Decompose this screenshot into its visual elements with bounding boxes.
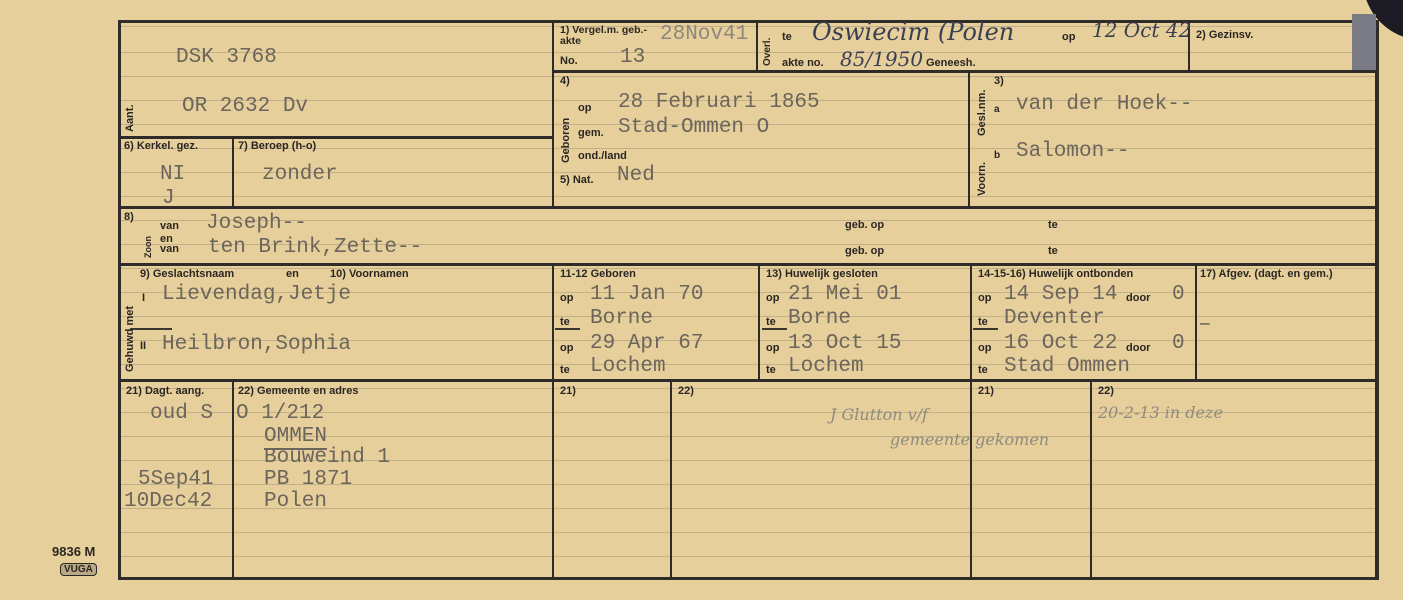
vrule-l: [1090, 379, 1092, 579]
address-line-2: Bouweind 1: [264, 446, 390, 469]
rule-aant: [118, 136, 553, 139]
pencil-note-1-line1: J Glutton v/f: [830, 405, 928, 424]
kerkel-label: 6) Kerkel. gez.: [124, 140, 198, 152]
vergel-value: 28Nov41: [660, 23, 748, 46]
address-date-4: 10Dec42: [124, 490, 212, 513]
gemeente-label: 22) Gemeente en adres: [238, 385, 358, 397]
vrule-k: [670, 379, 672, 579]
roman-2: II: [140, 340, 146, 352]
aant-label: Aant.: [124, 105, 136, 133]
akte-no-label: akte no.: [782, 57, 824, 69]
geboren-op-value: 28 Februari 1865: [618, 91, 820, 114]
kerkel-value-2: J: [162, 187, 175, 210]
geslnm-value: van der Hoek--: [1016, 93, 1192, 116]
born-op-1: 11 Jan 70: [590, 283, 703, 306]
pencil-note-1-line2: gemeente gekomen: [890, 430, 1049, 449]
born-op-2: 29 Apr 67: [590, 332, 703, 355]
name-num: 3): [994, 75, 1004, 87]
mother-te-label: te: [1048, 245, 1058, 257]
geslnm-a: a: [994, 104, 1000, 115]
mother-value: ten Brink,Zette--: [208, 236, 422, 259]
vrule-e: [232, 136, 234, 208]
en-van-label: en van: [160, 234, 188, 254]
voorn-label: Voorn.: [976, 162, 988, 196]
spouse-name-1: Lievendag,Jetje: [162, 283, 351, 306]
vrule-d: [968, 70, 970, 208]
geboren-label: Geboren: [560, 118, 572, 163]
born-te-label-1: te: [560, 316, 570, 328]
gezinsv-label: 2) Gezinsv.: [1196, 29, 1253, 41]
vrule-f: [552, 263, 554, 579]
rule-row3: [118, 263, 1378, 266]
voorn-value: Salomon--: [1016, 140, 1129, 163]
address-line-3: PB 1871: [264, 468, 352, 491]
father-te-label: te: [1048, 219, 1058, 231]
married-op-1: 21 Mei 01: [788, 283, 901, 306]
left-border: [118, 20, 121, 580]
vergel-label: 1) Vergel.m. geb.-akte: [560, 25, 652, 47]
dagt-label: 21) Dagt. aang.: [126, 385, 204, 397]
overl-op-label: op: [1062, 31, 1075, 43]
overl-te-label: te: [782, 31, 792, 43]
door-value-1: 0: [1172, 283, 1185, 306]
col21-label-a: 21): [560, 385, 576, 397]
address-line-4: Polen: [264, 490, 327, 513]
address-date-0: oud S: [150, 402, 213, 425]
geboren-gem-label: gem.: [578, 127, 604, 139]
door-label-1: door: [1126, 292, 1150, 304]
geboren-gem-value: Stad-Ommen O: [618, 116, 769, 139]
married-te-label-2: te: [766, 364, 776, 376]
born-op-label-2: op: [560, 342, 573, 354]
van-label: van: [160, 220, 179, 232]
zoon-label: Zoon: [143, 236, 153, 258]
geboren-ond-label: ond./land: [578, 150, 627, 162]
header-ontbonden: 14-15-16) Huwelijk ontbonden: [978, 268, 1133, 280]
dissolved-te-label-2: te: [978, 364, 988, 376]
header-geboren: 11-12 Geboren: [560, 268, 636, 280]
beroep-label: 7) Beroep (h-o): [238, 140, 316, 152]
overl-te-value: Oswiecim (Polen: [812, 18, 1014, 46]
dissolved-op-2: 16 Oct 22: [1004, 332, 1117, 355]
born-te-label-2: te: [560, 364, 570, 376]
right-border: [1376, 20, 1379, 580]
dissolved-te-label-1: te: [978, 316, 988, 328]
geboren-op-label: op: [578, 102, 591, 114]
rule-row1: [552, 70, 1377, 73]
vrule-b: [756, 20, 758, 72]
married-te-2: Lochem: [788, 355, 864, 378]
form-code: 9836 M: [52, 544, 95, 559]
born-te-2: Lochem: [590, 355, 666, 378]
married-op-2: 13 Oct 15: [788, 332, 901, 355]
header-afgev: 17) Afgev. (dagt. en gem.): [1200, 268, 1333, 280]
gehuwd-met-label: Gehuwd met: [124, 306, 136, 372]
rule-row2: [118, 206, 1378, 209]
rule-row4: [118, 379, 1378, 382]
no-value: 13: [620, 46, 645, 69]
nat-value: Ned: [617, 164, 655, 187]
dissolved-te-1: Deventer: [1004, 307, 1105, 330]
dissolved-op-label-1: op: [978, 292, 991, 304]
aant-line2: OR 2632 Dv: [182, 95, 308, 118]
afgev-1: —: [1200, 315, 1210, 333]
row-separator: [130, 328, 172, 330]
col22-label-b: 22): [1098, 385, 1114, 397]
overl-label: Overl.: [762, 38, 773, 66]
col21-label-b: 21): [978, 385, 994, 397]
dissolved-te-2: Stad Ommen: [1004, 355, 1130, 378]
pencil-note-2: 20-2-13 in deze: [1098, 403, 1223, 422]
married-op-label-2: op: [766, 342, 779, 354]
vrule-g: [758, 263, 760, 381]
roman-1: I: [142, 292, 145, 304]
geboren-num: 4): [560, 75, 570, 87]
voorn-b: b: [994, 150, 1000, 161]
publisher-logo: VUGA: [60, 563, 97, 576]
vrule-i: [1195, 263, 1197, 381]
address-line-0: O 1/212: [236, 402, 324, 425]
father-value: Joseph--: [206, 212, 307, 235]
geslnm-label: Gesl.nm.: [976, 90, 988, 136]
row-separator: [555, 328, 580, 330]
row-separator: [762, 328, 787, 330]
no-label: No.: [560, 55, 578, 67]
married-op-label-1: op: [766, 292, 779, 304]
door-value-2: 0: [1172, 332, 1185, 355]
header-geslachtsnaam: 9) Geslachtsnaam: [140, 268, 234, 280]
header-voornamen: 10) Voornamen: [330, 268, 409, 280]
aant-line1: DSK 3768: [176, 46, 277, 69]
index-tab-marker: [1352, 14, 1376, 72]
vrule-h: [970, 263, 972, 579]
vrule-a: [552, 20, 554, 208]
col22-label-a: 22): [678, 385, 694, 397]
dissolved-op-1: 14 Sep 14: [1004, 283, 1117, 306]
born-te-1: Borne: [590, 307, 653, 330]
vrule-j: [232, 379, 234, 579]
header-en: en: [286, 268, 299, 280]
overl-op-value: 12 Oct 42: [1092, 18, 1191, 42]
row-separator: [973, 328, 998, 330]
door-label-2: door: [1126, 342, 1150, 354]
geneesh-label: Geneesh.: [926, 57, 976, 69]
nat-label: 5) Nat.: [560, 174, 594, 186]
spouse-name-2: Heilbron,Sophia: [162, 333, 351, 356]
bottom-border: [118, 577, 1378, 580]
address-date-3: 5Sep41: [138, 468, 214, 491]
akte-no-value: 85/1950: [840, 47, 923, 71]
parents-num: 8): [124, 211, 134, 223]
dissolved-op-label-2: op: [978, 342, 991, 354]
beroep-value: zonder: [262, 163, 338, 186]
born-op-label-1: op: [560, 292, 573, 304]
married-te-1: Borne: [788, 307, 851, 330]
father-geb-op-label: geb. op: [845, 219, 884, 231]
married-te-label-1: te: [766, 316, 776, 328]
mother-geb-op-label: geb. op: [845, 245, 884, 257]
header-gesloten: 13) Huwelijk gesloten: [766, 268, 878, 280]
kerkel-value-1: NI: [160, 163, 185, 186]
